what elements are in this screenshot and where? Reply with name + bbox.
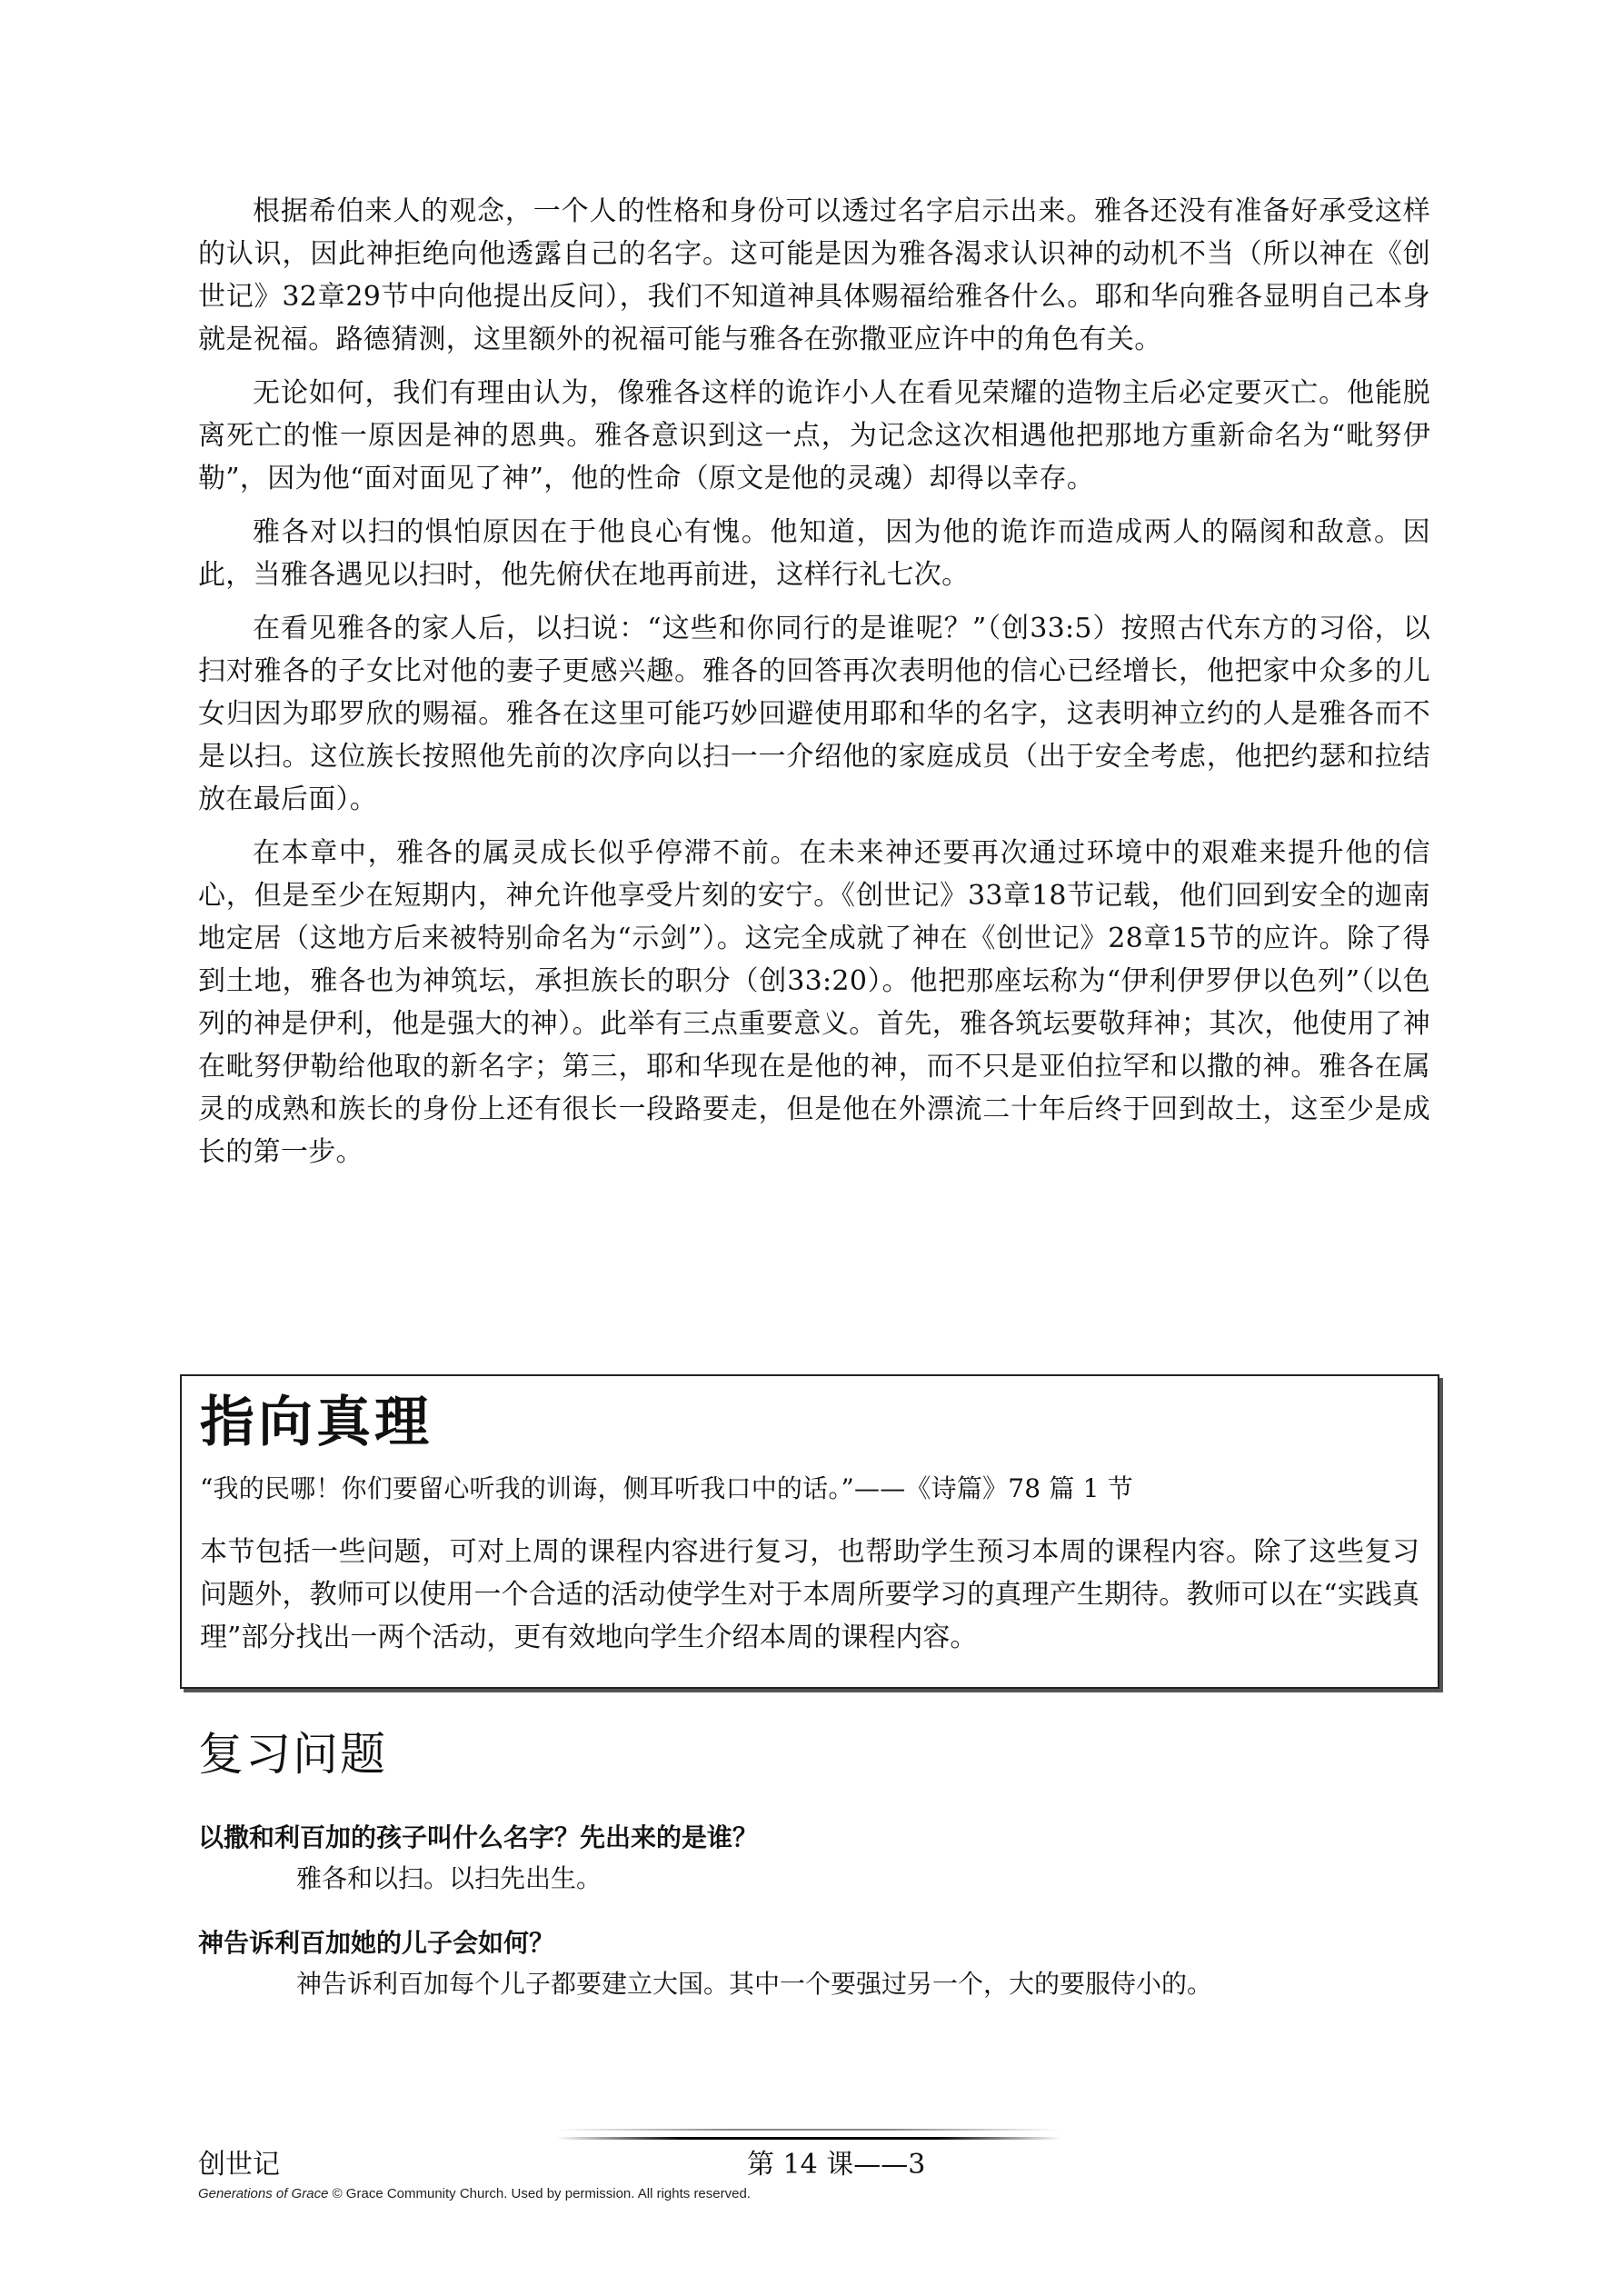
paragraph: 在本章中，雅各的属灵成长似乎停滞不前。在未来神还要再次通过环境中的艰难来提升他的… xyxy=(198,832,1430,1173)
paragraph: 在看见雅各的家人后，以扫说：“这些和你同行的是谁呢？”（创33:5）按照古代东方… xyxy=(198,607,1430,821)
document-page: 根据希伯来人的观念，一个人的性格和身份可以透过名字启示出来。雅各还没有准备好承受… xyxy=(0,0,1623,2296)
credit-text: © Grace Community Church. Used by permis… xyxy=(328,2186,751,2201)
body-text: 根据希伯来人的观念，一个人的性格和身份可以透过名字启示出来。雅各还没有准备好承受… xyxy=(198,190,1430,1184)
truth-box-title: 指向真理 xyxy=(200,1391,1419,1454)
paragraph: 雅各对以扫的惧怕原因在于他良心有愧。他知道，因为他的诡诈而造成两人的隔阂和敌意。… xyxy=(198,511,1430,596)
point-to-truth-box: 指向真理 “我的民哪！你们要留心听我的训诲，侧耳听我口中的话。”——《诗篇》78… xyxy=(180,1374,1439,1689)
credit-title: Generations of Grace xyxy=(198,2186,328,2201)
review-questions-section: 复习问题 以撒和利百加的孩子叫什么名字？先出来的是谁？ 雅各和以扫。以扫先出生。… xyxy=(198,1727,1430,2031)
footer-divider xyxy=(556,2137,1061,2140)
question: 以撒和利百加的孩子叫什么名字？先出来的是谁？ xyxy=(198,1820,1430,1856)
scripture-quote: “我的民哪！你们要留心听我的训诲，侧耳听我口中的话。”——《诗篇》78 篇 1 … xyxy=(200,1471,1419,1507)
answer: 神告诉利百加每个儿子都要建立大国。其中一个要强过另一个，大的要服侍小的。 xyxy=(296,1965,1430,2003)
qa-item: 以撒和利百加的孩子叫什么名字？先出来的是谁？ 雅各和以扫。以扫先出生。 xyxy=(198,1820,1430,1898)
paragraph: 无论如何，我们有理由认为，像雅各这样的诡诈小人在看见荣耀的造物主后必定要灭亡。他… xyxy=(198,372,1430,500)
question: 神告诉利百加她的儿子会如何？ xyxy=(198,1925,1430,1962)
footer-divider xyxy=(556,2129,1061,2131)
review-title: 复习问题 xyxy=(198,1727,1430,1782)
footer-page-number: 第 14 课——3 xyxy=(747,2147,925,2183)
footer-copyright: Generations of Grace © Grace Community C… xyxy=(198,2185,751,2203)
answer: 雅各和以扫。以扫先出生。 xyxy=(296,1860,1430,1898)
qa-item: 神告诉利百加她的儿子会如何？ 神告诉利百加每个儿子都要建立大国。其中一个要强过另… xyxy=(198,1925,1430,2003)
truth-box-description: 本节包括一些问题，可对上周的课程内容进行复习，也帮助学生预习本周的课程内容。除了… xyxy=(200,1531,1419,1659)
paragraph: 根据希伯来人的观念，一个人的性格和身份可以透过名字启示出来。雅各还没有准备好承受… xyxy=(198,190,1430,361)
footer-book-title: 创世记 xyxy=(198,2147,280,2183)
